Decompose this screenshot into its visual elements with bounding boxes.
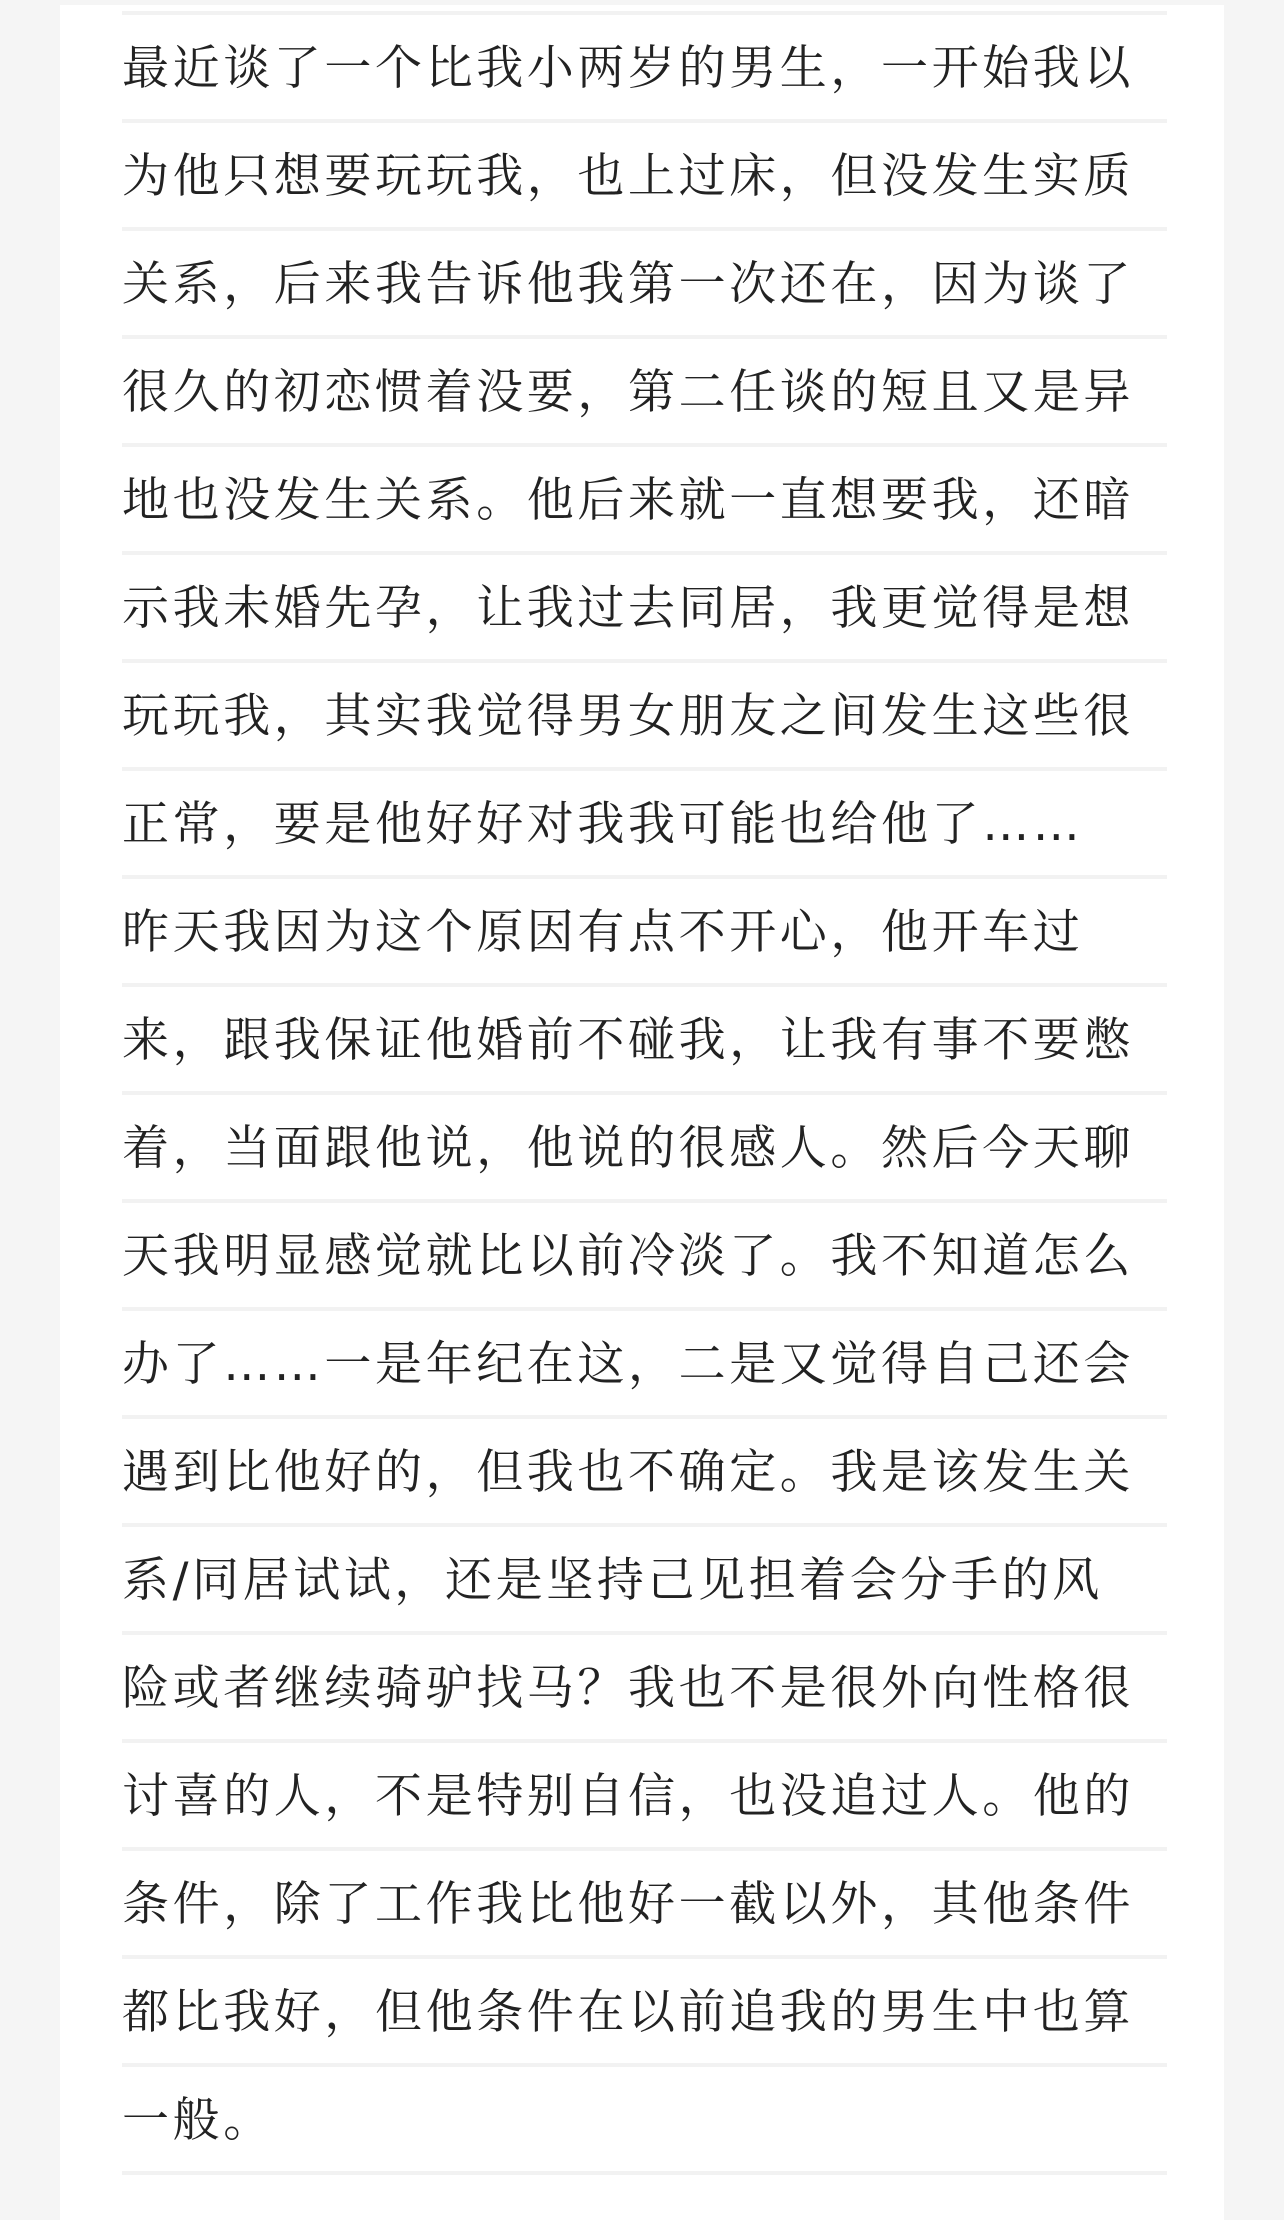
text-line-content: 来，跟我保证他婚前不碰我，让我有事不要憋	[122, 1013, 1134, 1069]
text-line-content: 着，当面跟他说，他说的很感人。然后今天聊	[122, 1121, 1134, 1177]
text-line-content: 遇到比他好的，但我也不确定。我是该发生关	[122, 1445, 1134, 1501]
text-line: 昨天我因为这个原因有点不开心，他开车过	[122, 879, 1167, 987]
text-line-content: 都比我好，但他条件在以前追我的男生中也算	[122, 1985, 1134, 2041]
text-line-content: 示我未婚先孕，让我过去同居，我更觉得是想	[122, 581, 1134, 637]
text-line-content: 关系，后来我告诉他我第一次还在，因为谈了	[122, 257, 1134, 313]
text-line-content: 讨喜的人，不是特别自信，也没追过人。他的	[122, 1769, 1134, 1825]
text-line-cut-off	[122, 2175, 1167, 2220]
text-line: 办了……一是年纪在这，二是又觉得自己还会	[122, 1311, 1167, 1419]
text-line: 险或者继续骑驴找马？我也不是很外向性格很	[122, 1635, 1167, 1743]
text-line-content: 天我明显感觉就比以前冷淡了。我不知道怎么	[122, 1229, 1134, 1285]
text-line: 遇到比他好的，但我也不确定。我是该发生关	[122, 1419, 1167, 1527]
text-line: 很久的初恋惯着没要，第二任谈的短且又是异	[122, 339, 1167, 447]
text-line-content: 办了……一是年纪在这，二是又觉得自己还会	[122, 1337, 1134, 1393]
text-line: 一般。	[122, 2067, 1167, 2175]
text-line: 天我明显感觉就比以前冷淡了。我不知道怎么	[122, 1203, 1167, 1311]
text-line-content: 地也没发生关系。他后来就一直想要我，还暗	[122, 473, 1134, 529]
text-line: 示我未婚先孕，让我过去同居，我更觉得是想	[122, 555, 1167, 663]
text-line-content: 条件，除了工作我比他好一截以外，其他条件	[122, 1877, 1134, 1933]
text-line: 讨喜的人，不是特别自信，也没追过人。他的	[122, 1743, 1167, 1851]
text-line: 系/同居试试，还是坚持己见担着会分手的风	[122, 1527, 1167, 1635]
post-body: 最近谈了一个比我小两岁的男生，一开始我以 为他只想要玩玩我，也上过床，但没发生实…	[122, 11, 1167, 2220]
text-line-content: 为他只想要玩玩我，也上过床，但没发生实质	[122, 149, 1134, 205]
text-line: 都比我好，但他条件在以前追我的男生中也算	[122, 1959, 1167, 2067]
text-line-content: 一般。	[122, 2093, 274, 2149]
text-line: 正常，要是他好好对我我可能也给他了……	[122, 771, 1167, 879]
post-card: 最近谈了一个比我小两岁的男生，一开始我以 为他只想要玩玩我，也上过床，但没发生实…	[60, 5, 1224, 2220]
text-line: 着，当面跟他说，他说的很感人。然后今天聊	[122, 1095, 1167, 1203]
text-line-content: 系/同居试试，还是坚持己见担着会分手的风	[122, 1553, 1103, 1609]
text-line-content: 很久的初恋惯着没要，第二任谈的短且又是异	[122, 365, 1134, 421]
text-line: 条件，除了工作我比他好一截以外，其他条件	[122, 1851, 1167, 1959]
text-line-content: 正常，要是他好好对我我可能也给他了……	[122, 797, 1083, 853]
text-line: 地也没发生关系。他后来就一直想要我，还暗	[122, 447, 1167, 555]
text-line: 最近谈了一个比我小两岁的男生，一开始我以	[122, 15, 1167, 123]
text-line: 关系，后来我告诉他我第一次还在，因为谈了	[122, 231, 1167, 339]
text-line-content: 玩玩我，其实我觉得男女朋友之间发生这些很	[122, 689, 1134, 745]
text-line: 来，跟我保证他婚前不碰我，让我有事不要憋	[122, 987, 1167, 1095]
text-line-content: 最近谈了一个比我小两岁的男生，一开始我以	[122, 41, 1134, 97]
text-line: 为他只想要玩玩我，也上过床，但没发生实质	[122, 123, 1167, 231]
text-line-content: 险或者继续骑驴找马？我也不是很外向性格很	[122, 1661, 1134, 1717]
text-line: 玩玩我，其实我觉得男女朋友之间发生这些很	[122, 663, 1167, 771]
text-line-content: 昨天我因为这个原因有点不开心，他开车过	[122, 905, 1083, 961]
